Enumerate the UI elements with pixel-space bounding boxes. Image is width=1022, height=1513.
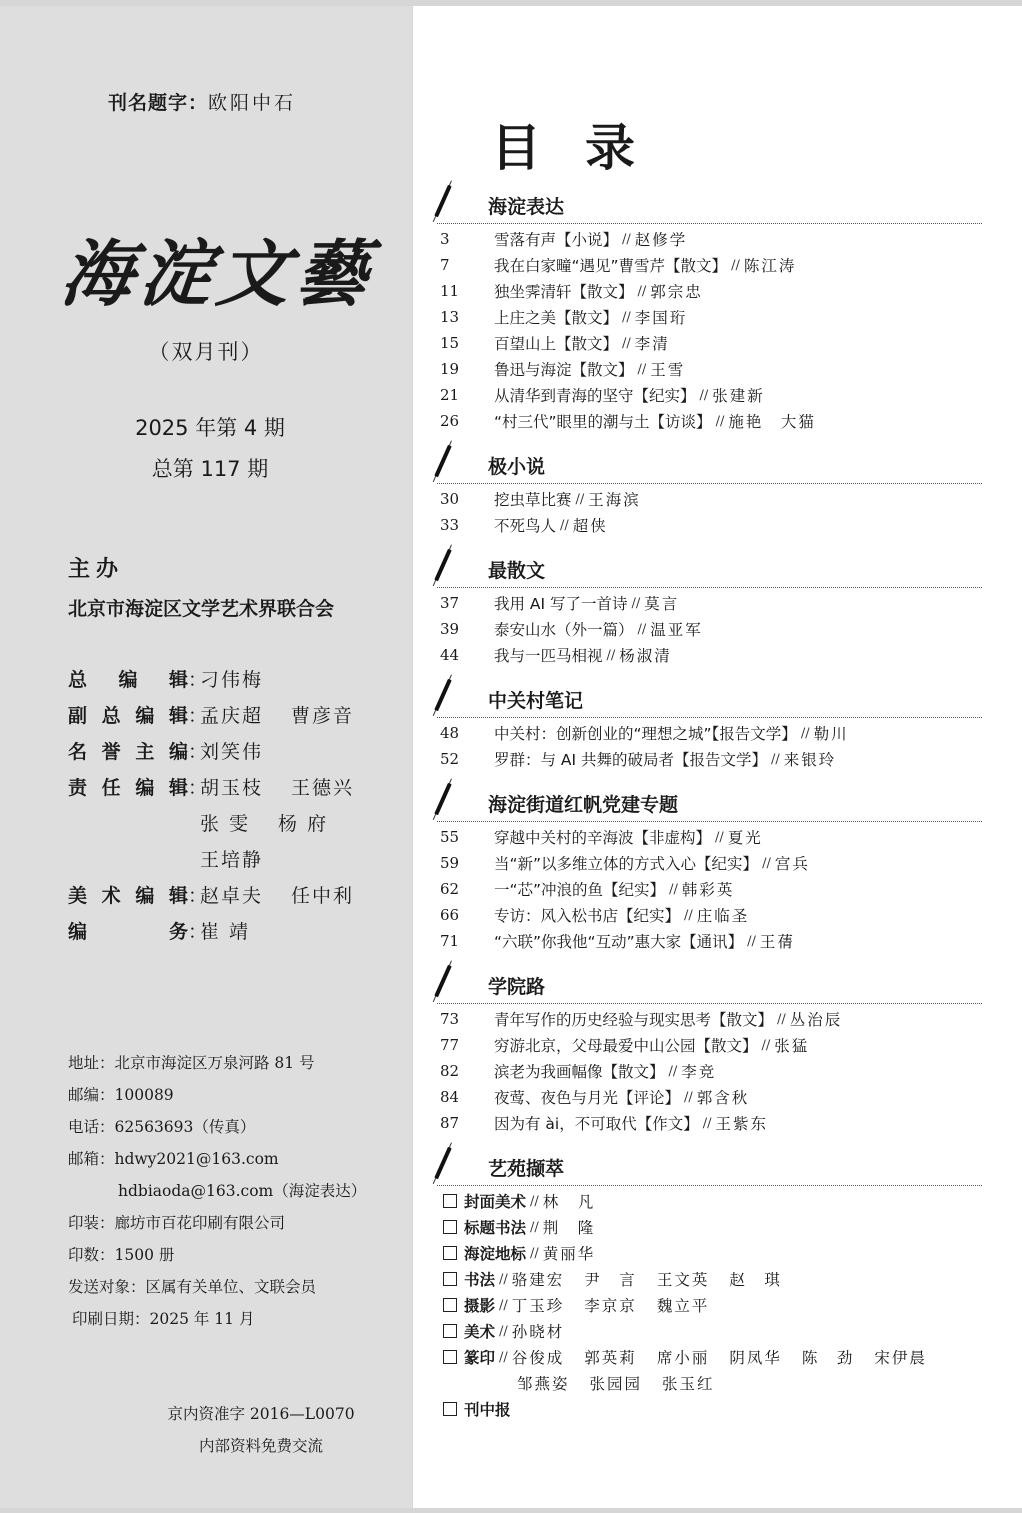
section-items: 封面美术//林 凡标题书法//荆 隆海淀地标//黄丽华书法//骆建宏尹 言王文英… [437,1186,982,1430]
issue-number: 2025 年第 4 期 [0,412,420,442]
staff-name: 王德兴 [291,773,354,800]
contributor-names: 谷俊成郭英莉席小丽阴凤华陈 劲宋伊晨 [512,1346,927,1368]
author-name: 温亚军 [650,618,703,640]
publication-frequency: （双月刊） [0,336,412,366]
toc-section-art: 艺苑撷萃封面美术//林 凡标题书法//荆 隆海淀地标//黄丽华书法//骆建宏尹 … [437,1144,982,1430]
staff-role: 编务 [68,917,188,944]
page-number: 19 [437,360,494,378]
art-entry: 摄影//丁玉珍李京京魏立平 [437,1292,982,1318]
staff-colon: ： [188,881,200,908]
pen-icon [434,1147,451,1180]
staff-name: 胡玉枝 [200,773,263,800]
staff-role-char: 副 [68,701,87,728]
toc-section: 中关村笔记48中关村：创新创业的“理想之城”【报告文学】//勒川52罗群：与 A… [437,676,982,780]
staff-names: 胡玉枝王德兴 [200,773,354,800]
staff-role-char: 任 [102,773,121,800]
toc-entry[interactable]: 11独坐霁清轩【散文】//郭宗忠 [437,278,982,304]
article-title: 百望山上【散文】 [494,332,618,354]
contributor-names: 林 凡 [543,1190,596,1212]
separator: // [777,1012,786,1027]
separator: // [700,388,709,403]
author-name: 杨淑清 [619,644,672,666]
staff-names: 张 雯杨 府 [200,809,328,836]
author-name: 夏光 [728,826,763,848]
art-category: 摄影 [464,1294,495,1316]
sponsor-label: 主办 [68,552,124,583]
separator: // [530,1194,539,1209]
toc-entry[interactable]: 13上庄之美【散文】//李国珩 [437,304,982,330]
page-number: 48 [437,724,494,742]
staff-role-char: 辑 [169,701,188,728]
article-title: 中关村：创新创业的“理想之城”【报告文学】 [494,722,797,744]
staff-role-char: 编 [169,737,188,764]
staff-row: 责任编辑：胡玉枝王德兴 [68,768,398,804]
toc-entry[interactable]: 7我在白家疃“遇见”曹雪芹【散文】//陈江涛 [437,252,982,278]
staff-name: 孟庆超 [200,701,263,728]
toc-entry[interactable]: 77穷游北京，父母最爱中山公园【散文】//张猛 [437,1032,982,1058]
distribution: 发送对象：区属有关单位、文联会员 [68,1270,366,1302]
article-title: 专访：风入松书店【纪实】 [494,904,680,926]
separator: // [669,882,678,897]
staff-name: 杨 府 [278,809,328,836]
staff-row: 总编辑：刁伟梅 [68,660,398,696]
author-name: 张猛 [774,1034,809,1056]
author-name: 张建新 [712,384,765,406]
separator: // [622,310,631,325]
toc-entry[interactable]: 66专访：风入松书店【纪实】//庄临圣 [437,902,982,928]
contributor-name: 王文英 [657,1268,710,1290]
separator: // [560,518,569,533]
art-entry: 海淀地标//黄丽华 [437,1240,982,1266]
article-title: 夜莺、夜色与月光【评论】 [494,1086,680,1108]
art-entry: 篆印//谷俊成郭英莉席小丽阴凤华陈 劲宋伊晨 [437,1344,982,1370]
article-title: 上庄之美【散文】 [494,306,618,328]
toc-entry[interactable]: 62一“芯”冲浪的鱼【纪实】//韩彩英 [437,876,982,902]
pen-icon [434,185,451,218]
toc-entry[interactable]: 71“六联”你我他“互动”惠大家【通讯】//王蒨 [437,928,982,954]
postcode: 邮编：100089 [68,1078,366,1110]
page-number: 39 [437,620,494,638]
toc-section: 学院路73青年写作的历史经验与现实思考【散文】//丛治辰77穷游北京，父母最爱中… [437,962,982,1144]
contributor-name: 林 凡 [543,1190,596,1212]
article-title: 穿越中关村的辛海波【非虚构】 [494,826,711,848]
toc-section: 海淀表达3雪落有声【小说】//赵修学7我在白家疃“遇见”曹雪芹【散文】//陈江涛… [437,182,982,442]
staff-name: 曹彦音 [291,701,354,728]
checkbox-icon [443,1272,457,1286]
pen-icon [434,549,451,582]
staff-row: 编务：崔 靖 [68,912,398,948]
checkbox-icon [443,1350,457,1364]
checkbox-icon [443,1246,457,1260]
separator: // [762,1038,771,1053]
separator: // [622,336,631,351]
author-name: 郭含秋 [697,1086,750,1108]
staff-role-char: 名 [68,737,87,764]
article-title: 我用 AI 写了一首诗 [494,592,628,614]
page-number: 37 [437,594,494,612]
toc-entry[interactable]: 48中关村：创新创业的“理想之城”【报告文学】//勒川 [437,720,982,746]
page-number: 77 [437,1036,494,1054]
contributor-name: 阴凤华 [729,1346,782,1368]
staff-name: 刘笑伟 [200,737,263,764]
staff-colon: ： [188,701,200,728]
pen-icon [434,445,451,478]
article-title: 独坐霁清轩【散文】 [494,280,634,302]
article-title: 一“芯”冲浪的鱼【纪实】 [494,878,665,900]
section-title: 中关村笔记 [488,686,583,713]
contributor-name: 郭英莉 [584,1346,637,1368]
title-credit-label: 刊名题字： [108,92,208,114]
checkbox-icon [443,1194,457,1208]
page-number: 55 [437,828,494,846]
separator: // [607,648,616,663]
page-number: 84 [437,1088,494,1106]
staff-row: 美术编辑：赵卓夫任中利 [68,876,398,912]
section-header: 中关村笔记 [437,676,982,718]
page-number: 73 [437,1010,494,1028]
staff-role-char: 编 [68,917,87,944]
separator: // [499,1324,508,1339]
contributor-name: 丁玉珍 [512,1294,565,1316]
phone: 电话：62563693（传真） [68,1110,366,1142]
staff-role-char: 责 [68,773,87,800]
article-title: 滨老为我画幅像【散文】 [494,1060,665,1082]
art-category: 书法 [464,1268,495,1290]
staff-name: 赵卓夫 [200,881,263,908]
article-title: 穷游北京，父母最爱中山公园【散文】 [494,1034,758,1056]
page-number: 21 [437,386,494,404]
art-entry: 标题书法//荆 隆 [437,1214,982,1240]
article-title: 我在白家疃“遇见”曹雪芹【散文】 [494,254,727,276]
address: 地址：北京市海淀区万泉河路 81 号 [68,1046,366,1078]
section-title: 海淀街道红帆党建专题 [488,790,678,817]
toc-entry[interactable]: 15百望山上【散文】//李清 [437,330,982,356]
staff-row: 名誉主编：刘笑伟 [68,732,398,768]
art-category: 海淀地标 [464,1242,526,1264]
pen-icon [434,965,451,998]
separator: // [530,1246,539,1261]
staff-role-char: 辑 [169,665,188,692]
toc-entry[interactable]: 3雪落有声【小说】//赵修学 [437,226,982,252]
title-calligraphy-credit: 刊名题字：欧阳中石 [108,88,296,115]
checkbox-icon [443,1298,457,1312]
separator: // [716,414,725,429]
contributor-names-continued: 邹燕姿张园园张玉红 [437,1370,982,1396]
toc-entry[interactable]: 44我与一匹马相视//杨淑清 [437,642,982,668]
toc-entry[interactable]: 55穿越中关村的辛海波【非虚构】//夏光 [437,824,982,850]
contributor-name: 谷俊成 [512,1346,565,1368]
title-credit-name: 欧阳中石 [208,92,296,114]
staff-role-char: 编 [118,665,137,692]
author-name: 李清 [635,332,670,354]
section-title: 极小说 [488,452,545,479]
staff-name: 王培静 [200,845,263,872]
toc-entry[interactable]: 84夜莺、夜色与月光【评论】//郭含秋 [437,1084,982,1110]
staff-names: 刘笑伟 [200,737,263,764]
page-number: 15 [437,334,494,352]
contributor-names: 骆建宏尹 言王文英赵 琪 [512,1268,782,1290]
section-header: 极小说 [437,442,982,484]
author-name: 郭宗忠 [650,280,703,302]
separator: // [669,1064,678,1079]
page-number: 87 [437,1114,494,1132]
separator: // [499,1272,508,1287]
staff-role-char: 辑 [169,773,188,800]
separator: // [499,1298,508,1313]
art-entry: 刊中报 [437,1396,982,1422]
contributor-name: 黄丽华 [543,1242,596,1264]
contributor-name: 陈 劲 [802,1346,855,1368]
section-header: 海淀表达 [437,182,982,224]
toc-entry[interactable]: 37我用 AI 写了一首诗//莫言 [437,590,982,616]
contributor-names: 孙晓材 [512,1320,565,1342]
section-items: 55穿越中关村的辛海波【非虚构】//夏光59当“新”以多维立体的方式入心【纪实】… [437,822,982,962]
page-number: 44 [437,646,494,664]
contributor-name: 邹燕姿 [517,1372,570,1394]
checkbox-icon [443,1402,457,1416]
article-title: 因为有 ài，不可取代【作文】 [494,1112,699,1134]
staff-colon: ： [188,773,200,800]
article-title: 青年写作的历史经验与现实思考【散文】 [494,1008,773,1030]
staff-role-char: 编 [135,701,154,728]
staff-colon: ： [188,665,200,692]
checkbox-icon [443,1324,457,1338]
table-of-contents-panel: 目录 海淀表达3雪落有声【小说】//赵修学7我在白家疃“遇见”曹雪芹【散文】//… [413,6,1022,1508]
section-title: 学院路 [488,972,545,999]
art-category: 篆印 [464,1346,495,1368]
pen-icon [434,783,451,816]
staff-role-char: 主 [135,737,154,764]
staff-names: 赵卓夫任中利 [200,881,354,908]
page-number: 30 [437,490,494,508]
staff-role-char: 编 [135,881,154,908]
article-title: 挖虫草比赛 [494,488,572,510]
toc-title: 目录 [491,108,679,180]
separator: // [638,622,647,637]
article-title: 鲁迅与海淀【散文】 [494,358,634,380]
staff-role: 名誉主编 [68,737,188,764]
toc-entry[interactable]: 33不死鸟人//超侠 [437,512,982,538]
author-name: 赵修学 [635,228,688,250]
author-name: 王海滨 [588,488,641,510]
contributor-name: 赵 琪 [729,1268,782,1290]
page-number: 3 [437,230,494,248]
separator: // [684,908,693,923]
page-number: 33 [437,516,494,534]
separator: // [632,596,641,611]
art-category: 封面美术 [464,1190,526,1212]
contributor-name: 宋伊晨 [874,1346,927,1368]
page-number: 52 [437,750,494,768]
page-number: 71 [437,932,494,950]
author-name: 李国珩 [635,306,688,328]
editorial-staff-list: 总编辑：刁伟梅副总编辑：孟庆超曹彦音名誉主编：刘笑伟责任编辑：胡玉枝王德兴张 雯… [68,660,398,948]
contributor-name: 席小丽 [657,1346,710,1368]
toc-entry[interactable]: 87因为有 ài，不可取代【作文】//王紫东 [437,1110,982,1136]
section-items: 30挖虫草比赛//王海滨33不死鸟人//超侠 [437,484,982,546]
toc-entry[interactable]: 19鲁迅与海淀【散文】//王雪 [437,356,982,382]
art-entry: 封面美术//林 凡 [437,1188,982,1214]
staff-names: 刁伟梅 [200,665,263,692]
staff-role-char: 编 [135,773,154,800]
contributor-name: 张园园 [590,1372,643,1394]
section-header: 海淀街道红帆党建专题 [437,780,982,822]
separator: // [530,1220,539,1235]
section-title: 艺苑撷萃 [488,1154,564,1181]
author-name: 王雪 [650,358,685,380]
article-title: 从清华到青海的坚守【纪实】 [494,384,696,406]
section-title: 海淀表达 [488,192,564,219]
author-name: 来银玲 [784,748,837,770]
author-name: 韩彩英 [682,878,735,900]
staff-role: 责任编辑 [68,773,188,800]
author-name: 王蒨 [760,930,795,952]
page-number: 13 [437,308,494,326]
author-name: 王紫东 [716,1112,769,1134]
section-header: 艺苑撷萃 [437,1144,982,1186]
article-title: “村三代”眼里的潮与土【访谈】 [494,410,712,432]
author-name: 莫言 [644,592,679,614]
staff-names: 王培静 [200,845,263,872]
toc-section: 海淀街道红帆党建专题55穿越中关村的辛海波【非虚构】//夏光59当“新”以多维立… [437,780,982,962]
section-header: 最散文 [437,546,982,588]
art-entry: 美术//孙晓材 [437,1318,982,1344]
staff-colon: ： [188,917,200,944]
separator: // [731,258,740,273]
staff-colon: ： [188,737,200,764]
staff-name: 崔 靖 [200,917,250,944]
page-number: 82 [437,1062,494,1080]
toc-entry[interactable]: 52罗群：与 AI 共舞的破局者【报告文学】//来银玲 [437,746,982,772]
art-category: 刊中报 [464,1398,511,1420]
staff-role-char: 总 [68,665,87,692]
article-title: 我与一匹马相视 [494,644,603,666]
staff-name: 张 雯 [200,809,250,836]
section-items: 48中关村：创新创业的“理想之城”【报告文学】//勒川52罗群：与 AI 共舞的… [437,718,982,780]
staff-role-char: 总 [102,701,121,728]
staff-names: 孟庆超曹彦音 [200,701,354,728]
contributor-name: 尹 言 [584,1268,637,1290]
magazine-title: 海淀文藝 [57,216,380,320]
author-name: 施艳 大猫 [728,410,816,432]
staff-role-char: 美 [68,881,87,908]
section-items: 73青年写作的历史经验与现实思考【散文】//丛治辰77穷游北京，父母最爱中山公园… [437,1004,982,1144]
article-title: “六联”你我他“互动”惠大家【通讯】 [494,930,743,952]
staff-row: 王培静 [68,840,398,876]
toc-entry[interactable]: 21从清华到青海的坚守【纪实】//张建新 [437,382,982,408]
page-number: 59 [437,854,494,872]
staff-row: 副总编辑：孟庆超曹彦音 [68,696,398,732]
contributor-name: 张玉红 [662,1372,715,1394]
separator: // [771,752,780,767]
printer: 印装：廊坊市百花印刷有限公司 [68,1206,366,1238]
toc-entry[interactable]: 26“村三代”眼里的潮与土【访谈】//施艳 大猫 [437,408,982,434]
toc-entry[interactable]: 39泰安山水（外一篇）//温亚军 [437,616,982,642]
separator: // [576,492,585,507]
print-count: 印数：1500 册 [68,1238,366,1270]
contributor-name: 荆 隆 [543,1216,596,1238]
separator: // [801,726,810,741]
staff-names: 崔 靖 [200,917,250,944]
staff-role-char: 务 [169,917,188,944]
separator: // [703,1116,712,1131]
art-category: 美术 [464,1320,495,1342]
art-category: 标题书法 [464,1216,526,1238]
separator: // [638,284,647,299]
staff-role: 副总编辑 [68,701,188,728]
page-number: 11 [437,282,494,300]
pen-icon [434,679,451,712]
toc-entry[interactable]: 73青年写作的历史经验与现实思考【散文】//丛治辰 [437,1006,982,1032]
page-number: 62 [437,880,494,898]
toc-list: 海淀表达3雪落有声【小说】//赵修学7我在白家疃“遇见”曹雪芹【散文】//陈江涛… [437,182,982,1430]
staff-name: 刁伟梅 [200,665,263,692]
staff-row: 张 雯杨 府 [68,804,398,840]
toc-entry[interactable]: 82滨老为我画幅像【散文】//李竞 [437,1058,982,1084]
separator: // [747,934,756,949]
contributor-name: 骆建宏 [512,1268,565,1290]
contributor-names: 荆 隆 [543,1216,596,1238]
author-name: 丛治辰 [790,1008,843,1030]
author-name: 勒川 [814,722,849,744]
separator: // [622,232,631,247]
publication-info: 地址：北京市海淀区万泉河路 81 号 邮编：100089 电话：62563693… [68,1046,366,1334]
toc-section: 极小说30挖虫草比赛//王海滨33不死鸟人//超侠 [437,442,982,546]
separator: // [499,1350,508,1365]
art-entry: 书法//骆建宏尹 言王文英赵 琪 [437,1266,982,1292]
section-items: 3雪落有声【小说】//赵修学7我在白家疃“遇见”曹雪芹【散文】//陈江涛11独坐… [437,224,982,442]
staff-role-char: 术 [102,881,121,908]
staff-role-char: 辑 [169,881,188,908]
contributor-name: 李京京 [584,1294,637,1316]
email-primary: 邮箱：hdwy2021@163.com [68,1142,366,1174]
masthead-panel: 刊名题字：欧阳中石 海淀文藝 （双月刊） 2025 年第 4 期 总第 117 … [0,6,412,1508]
email-secondary: hdbiaoda@163.com（海淀表达） [68,1174,366,1206]
contributor-names: 黄丽华 [543,1242,596,1264]
document-page: 刊名题字：欧阳中石 海淀文藝 （双月刊） 2025 年第 4 期 总第 117 … [0,6,1022,1508]
staff-role-char: 誉 [102,737,121,764]
page-number: 26 [437,412,494,430]
author-name: 宫兵 [775,852,810,874]
contributor-names: 丁玉珍李京京魏立平 [512,1294,710,1316]
section-title: 最散文 [488,556,545,583]
separator: // [762,856,771,871]
author-name: 陈江涛 [744,254,797,276]
author-name: 超侠 [573,514,608,536]
toc-section: 最散文37我用 AI 写了一首诗//莫言39泰安山水（外一篇）//温亚军44我与… [437,546,982,676]
checkbox-icon [443,1220,457,1234]
article-title: 不死鸟人 [494,514,556,536]
author-name: 庄临圣 [697,904,750,926]
toc-entry[interactable]: 30挖虫草比赛//王海滨 [437,486,982,512]
staff-name: 任中利 [291,881,354,908]
toc-entry[interactable]: 59当“新”以多维立体的方式入心【纪实】//宫兵 [437,850,982,876]
article-title: 泰安山水（外一篇） [494,618,634,640]
staff-role: 美术编辑 [68,881,188,908]
page-number: 66 [437,906,494,924]
author-name: 李竞 [681,1060,716,1082]
contributor-name: 孙晓材 [512,1320,565,1342]
article-title: 雪落有声【小说】 [494,228,618,250]
print-date: 印刷日期：2025 年 11 月 [68,1302,366,1334]
staff-role: 总编辑 [68,665,188,692]
article-title: 当“新”以多维立体的方式入心【纪实】 [494,852,758,874]
separator: // [715,830,724,845]
section-header: 学院路 [437,962,982,1004]
page-number: 7 [437,256,494,274]
contributor-name: 魏立平 [657,1294,710,1316]
separator: // [684,1090,693,1105]
